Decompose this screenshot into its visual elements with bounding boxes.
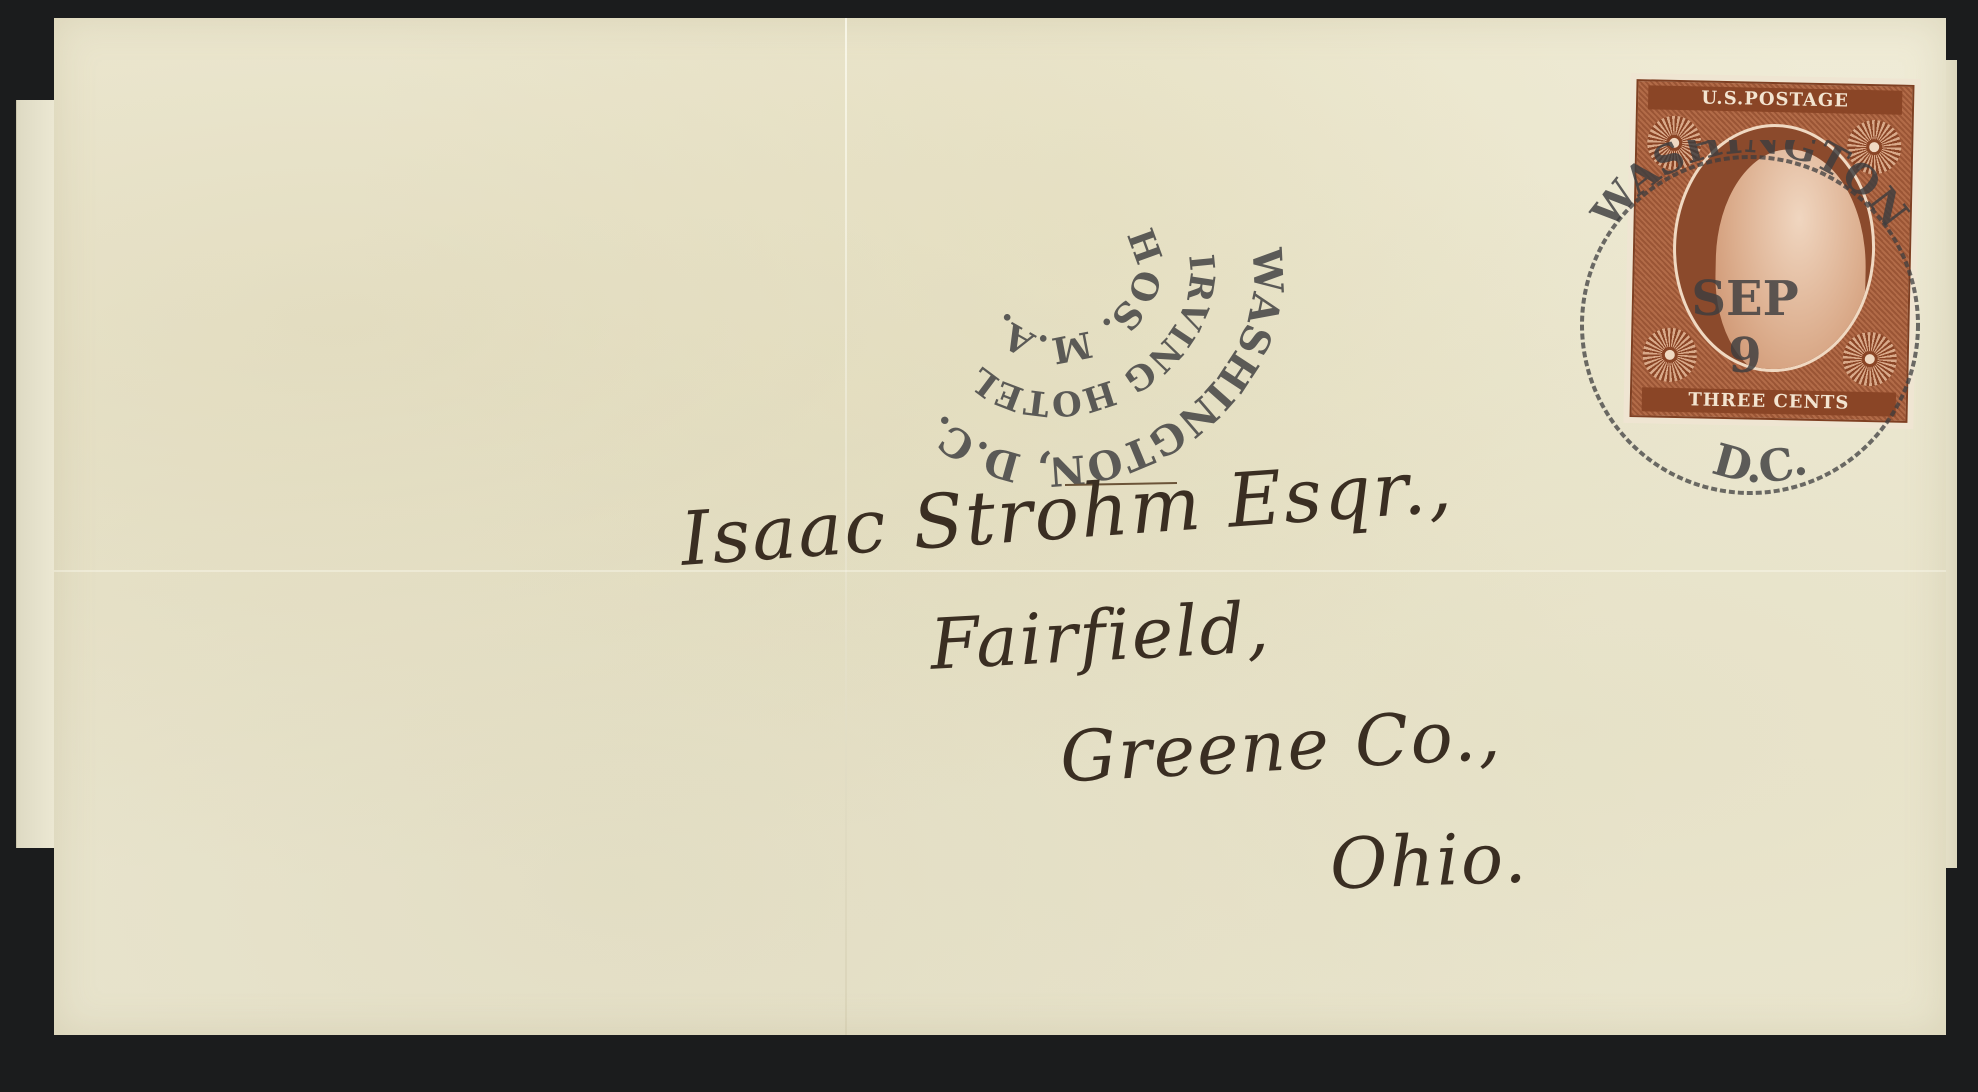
hotel-oval-handstamp: WASHINGTON, D.C. IRVING HOTEL THOS. M.A.… <box>860 110 1300 490</box>
datestamp-state: D.C. <box>1707 434 1813 494</box>
datestamp-town: WASHINGTON <box>1582 140 1918 237</box>
horizontal-fold-line <box>54 570 1946 572</box>
datestamp-month: SEP <box>1691 271 1798 327</box>
datestamp-day: 9 <box>1728 328 1761 384</box>
oval-outer-text: WASHINGTON, D.C. <box>909 228 1300 490</box>
cover-photo: WASHINGTON, D.C. IRVING HOTEL THOS. M.A.… <box>0 0 1978 1092</box>
vertical-fold-line <box>845 18 847 1035</box>
circular-datestamp: WASHINGTON D.C. SEP 9 <box>1540 140 1940 510</box>
stamp-top-inscription: U.S.POSTAGE <box>1648 85 1902 114</box>
